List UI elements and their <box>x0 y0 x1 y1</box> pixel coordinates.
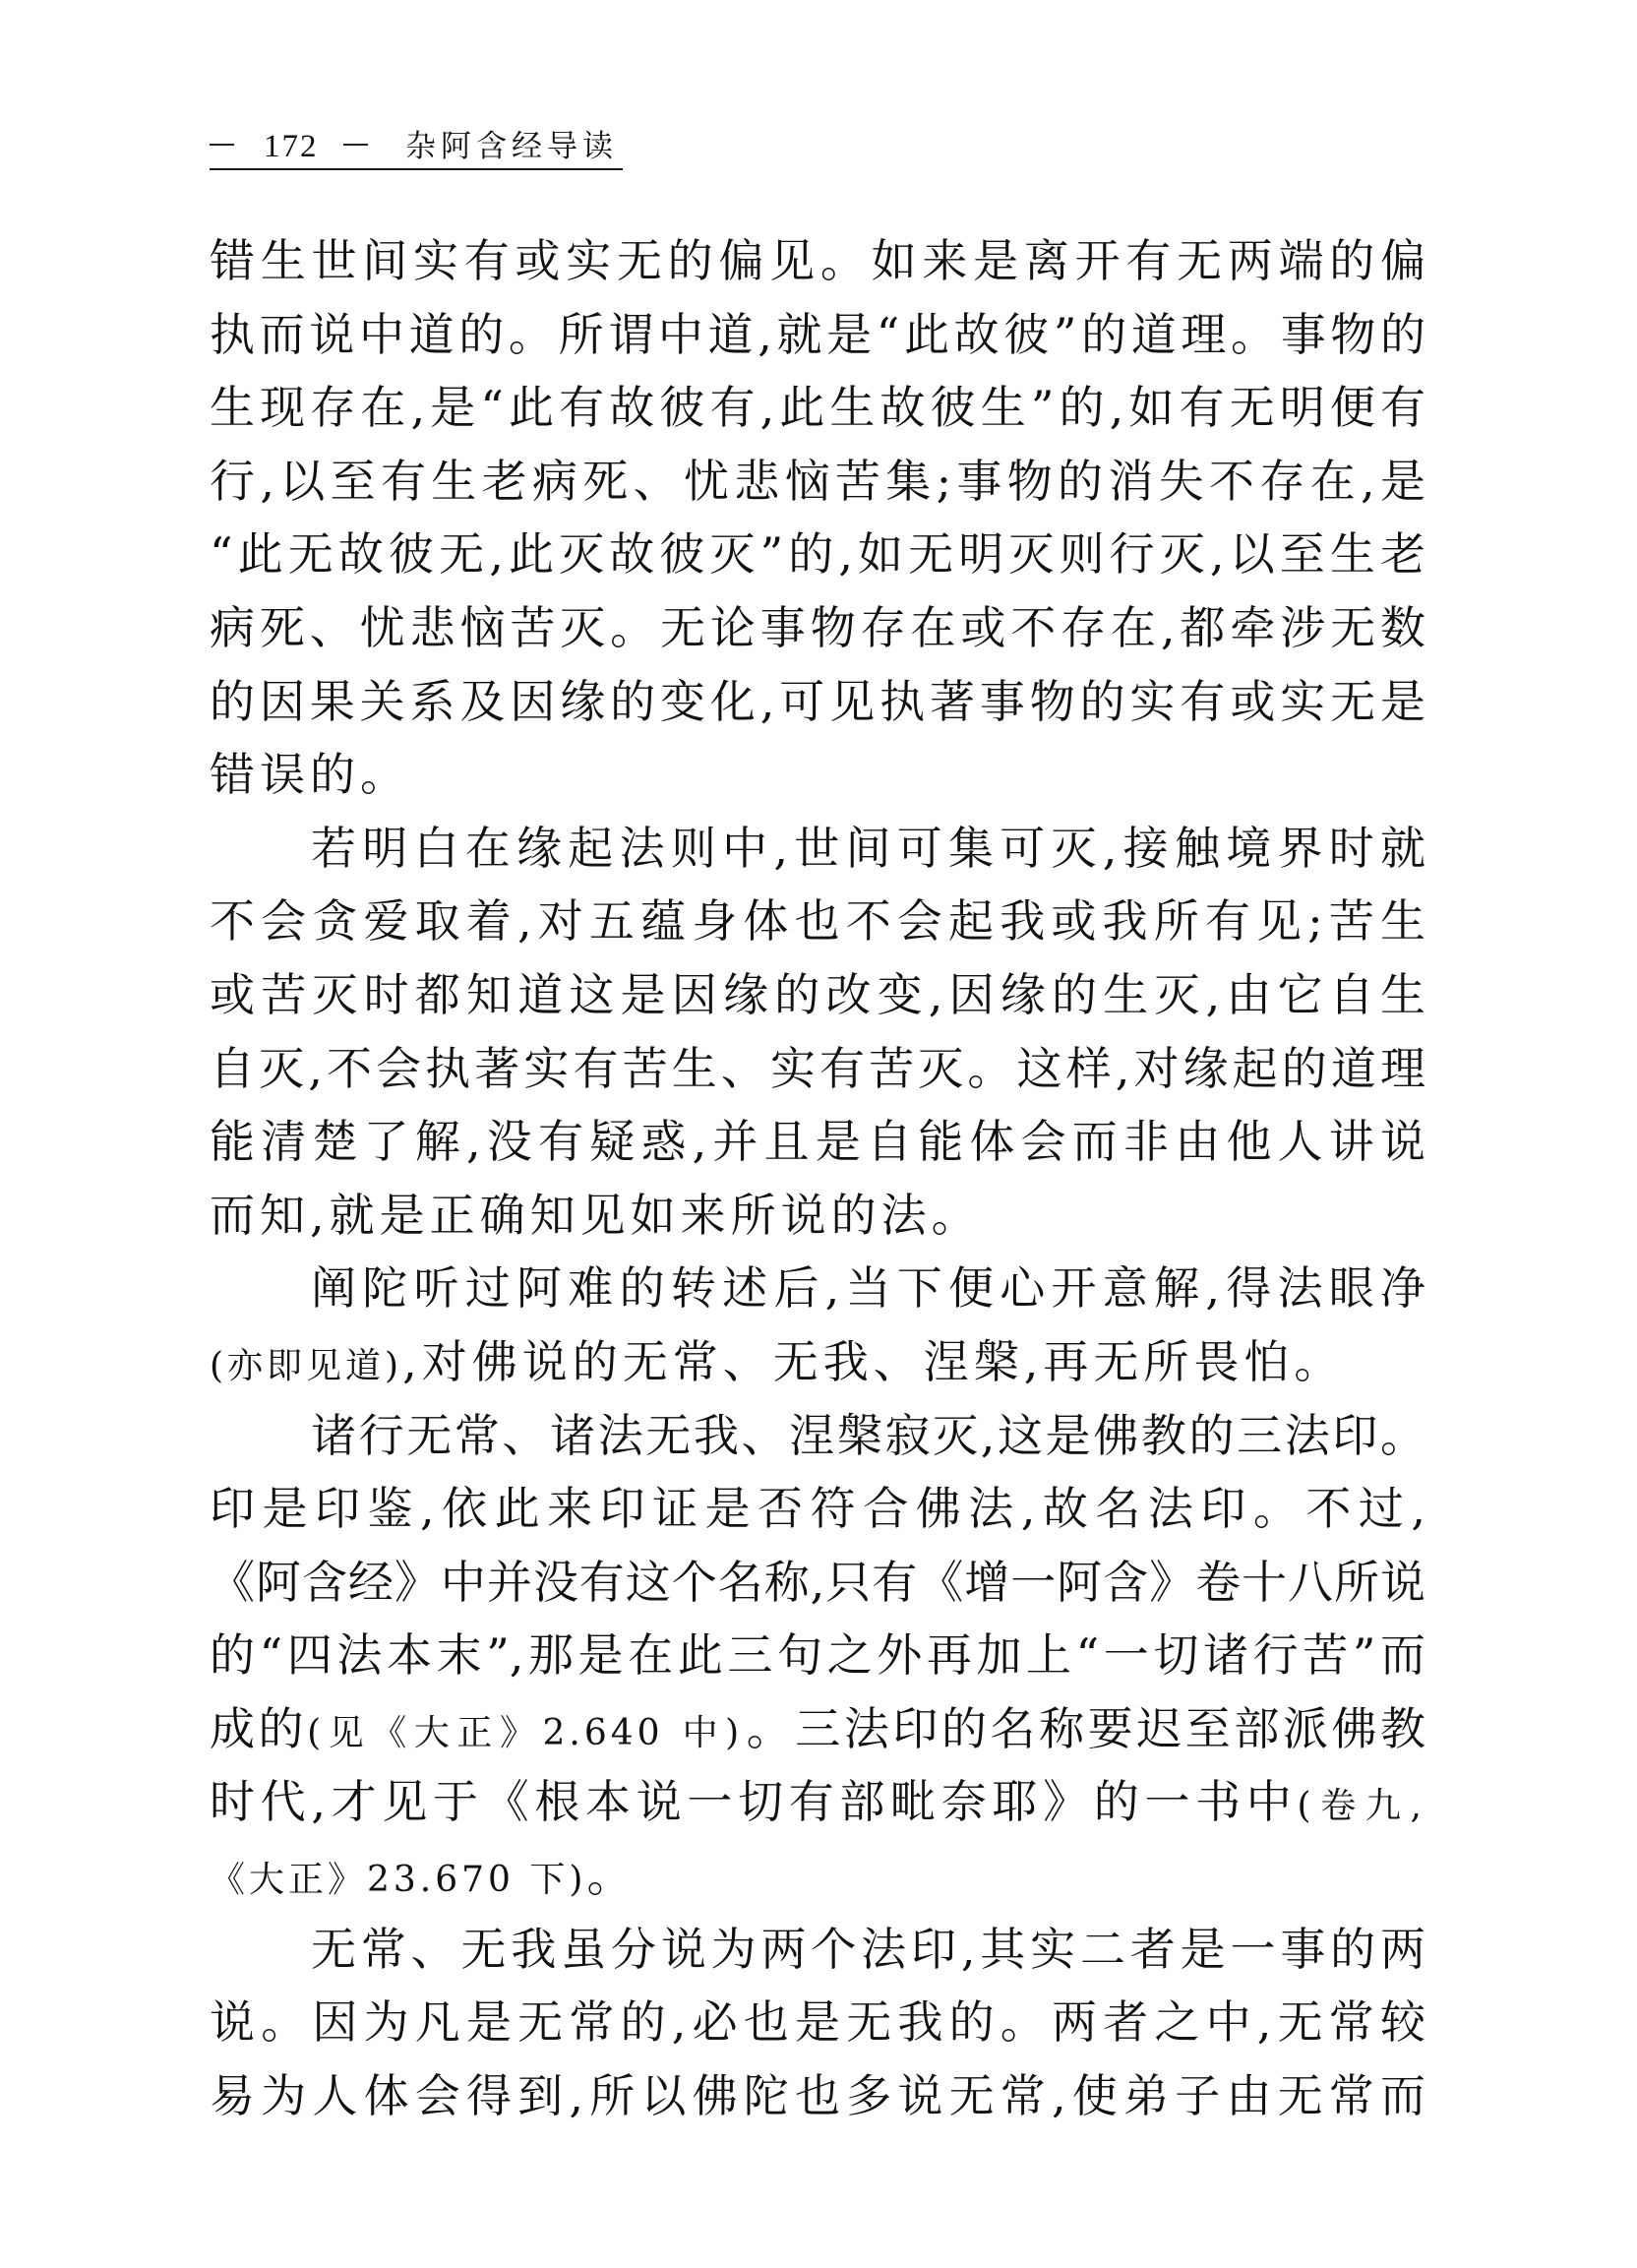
text-run: 。 <box>586 1849 637 1902</box>
text-run: 。三法印的名称要迟至部派佛教 <box>743 1702 1425 1755</box>
header-rule <box>210 168 623 170</box>
text-run: 诸行无常、诸法无我、涅槃寂灭,这是佛教的三法印。 <box>311 1409 1425 1462</box>
text-run: “此无故彼无,此灭故彼灭”的,如无明灭则行灭,以至生老 <box>210 527 1425 581</box>
text-line: 或苦灭时都知道这是因缘的改变,因缘的生灭,由它自生 <box>210 966 1425 1040</box>
text-line: 的“四法本末”,那是在此三句之外再加上“一切诸行苦”而 <box>210 1626 1425 1700</box>
paragraph-first-line: 阐陀听过阿难的转述后,当下便心开意解,得法眼净 <box>210 1259 1425 1333</box>
text-line: 自灭,不会执著实有苦生、实有苦灭。这样,对缘起的道理 <box>210 1040 1425 1114</box>
text-line: 易为人体会得到,所以佛陀也多说无常,使弟子由无常而 <box>210 2067 1425 2141</box>
text-run: 阐陀听过阿难的转述后,当下便心开意解,得法眼净 <box>311 1261 1425 1315</box>
text-line: “此无故彼无,此灭故彼灭”的,如无明灭则行灭,以至生老 <box>210 525 1425 599</box>
text-run: 《阿含经》中并没有这个名称,只有《增一阿含》卷十八所说 <box>210 1556 1425 1609</box>
text-run: 若明白在缘起法则中,世间可集可灭,接触境界时就 <box>311 822 1425 875</box>
body-text: 错生世间实有或实无的偏见。如来是离开有无两端的偏执而说中道的。所谓中道,就是“此… <box>210 232 1425 2140</box>
text-run: 无常、无我虽分说为两个法印,其实二者是一事的两 <box>311 1923 1425 1976</box>
text-run: 生现存在,是“此有故彼有,此生故彼生”的,如有无明便有 <box>210 381 1425 434</box>
text-line: 能清楚了解,没有疑惑,并且是自能体会而非由他人讲说 <box>210 1113 1425 1187</box>
text-run: 自灭,不会执著实有苦生、实有苦灭。这样,对缘起的道理 <box>210 1042 1425 1095</box>
text-run: 执而说中道的。所谓中道,就是“此故彼”的道理。事物的 <box>210 308 1425 361</box>
text-run: 病死、忧悲恼苦灭。无论事物存在或不存在,都牵涉无数 <box>210 601 1425 654</box>
text-run: ,对佛说的无常、无我、涅槃,再无所畏怕。 <box>402 1335 1344 1388</box>
text-run: 错误的。 <box>210 748 410 801</box>
inline-note: (卷九, <box>1297 1786 1425 1826</box>
text-line: 《大正》23.670 下)。 <box>210 1847 1425 1921</box>
text-line: 而知,就是正确知见如来所说的法。 <box>210 1187 1425 1260</box>
text-line: 错生世间实有或实无的偏见。如来是离开有无两端的偏 <box>210 232 1425 306</box>
header-dash-right <box>343 144 368 146</box>
text-line: 时代,才见于《根本说一切有部毗奈耶》的一书中(卷九, <box>210 1773 1425 1847</box>
text-run: 成的 <box>210 1702 307 1755</box>
text-line: 错误的。 <box>210 746 1425 820</box>
inline-note: (见《大正》2.640 中) <box>307 1713 743 1753</box>
book-title: 杂阿含经导读 <box>405 130 622 163</box>
text-run: 不会贪爱取着,对五蕴身体也不会起我或我所有见;苦生 <box>210 894 1425 948</box>
text-line: 印是印鉴,依此来印证是否符合佛法,故名法印。不过, <box>210 1480 1425 1554</box>
text-run: 易为人体会得到,所以佛陀也多说无常,使弟子由无常而 <box>210 2069 1425 2122</box>
text-run: 的因果关系及因缘的变化,可见执著事物的实有或实无是 <box>210 675 1425 728</box>
text-line: 不会贪爱取着,对五蕴身体也不会起我或我所有见;苦生 <box>210 892 1425 966</box>
text-run: 或苦灭时都知道这是因缘的改变,因缘的生灭,由它自生 <box>210 968 1425 1021</box>
text-run: 能清楚了解,没有疑惑,并且是自能体会而非由他人讲说 <box>210 1115 1425 1168</box>
page-number: 172 <box>264 129 319 164</box>
text-run: 错生世间实有或实无的偏见。如来是离开有无两端的偏 <box>210 234 1425 287</box>
text-run: 说。因为凡是无常的,必也是无我的。两者之中,无常较 <box>210 1995 1425 2049</box>
inline-note: (亦即见道) <box>210 1346 402 1386</box>
text-line: 《阿含经》中并没有这个名称,只有《增一阿含》卷十八所说 <box>210 1554 1425 1627</box>
text-run: 印是印鉴,依此来印证是否符合佛法,故名法印。不过, <box>210 1482 1425 1535</box>
text-line: 的因果关系及因缘的变化,可见执著事物的实有或实无是 <box>210 673 1425 747</box>
text-line: 病死、忧悲恼苦灭。无论事物存在或不存在,都牵涉无数 <box>210 599 1425 673</box>
text-run: 行,以至有生老病死、忧悲恼苦集;事物的消失不存在,是 <box>210 455 1425 508</box>
text-line: 生现存在,是“此有故彼有,此生故彼生”的,如有无明便有 <box>210 379 1425 453</box>
header-dash-left <box>210 144 234 146</box>
text-run: 的“四法本末”,那是在此三句之外再加上“一切诸行苦”而 <box>210 1628 1425 1682</box>
text-line: (亦即见道),对佛说的无常、无我、涅槃,再无所畏怕。 <box>210 1333 1425 1407</box>
text-line: 执而说中道的。所谓中道,就是“此故彼”的道理。事物的 <box>210 306 1425 380</box>
text-line: 成的(见《大正》2.640 中)。三法印的名称要迟至部派佛教 <box>210 1700 1425 1774</box>
paragraph-first-line: 诸行无常、诸法无我、涅槃寂灭,这是佛教的三法印。 <box>210 1407 1425 1481</box>
paragraph-first-line: 若明白在缘起法则中,世间可集可灭,接触境界时就 <box>210 820 1425 893</box>
paragraph-first-line: 无常、无我虽分说为两个法印,其实二者是一事的两 <box>210 1921 1425 1994</box>
running-header: 172 杂阿含经导读 <box>210 126 623 171</box>
text-run: 而知,就是正确知见如来所说的法。 <box>210 1189 982 1242</box>
inline-note: 《大正》23.670 下) <box>210 1860 586 1900</box>
text-line: 行,以至有生老病死、忧悲恼苦集;事物的消失不存在,是 <box>210 453 1425 526</box>
text-line: 说。因为凡是无常的,必也是无我的。两者之中,无常较 <box>210 1993 1425 2067</box>
text-run: 时代,才见于《根本说一切有部毗奈耶》的一书中 <box>210 1775 1297 1828</box>
